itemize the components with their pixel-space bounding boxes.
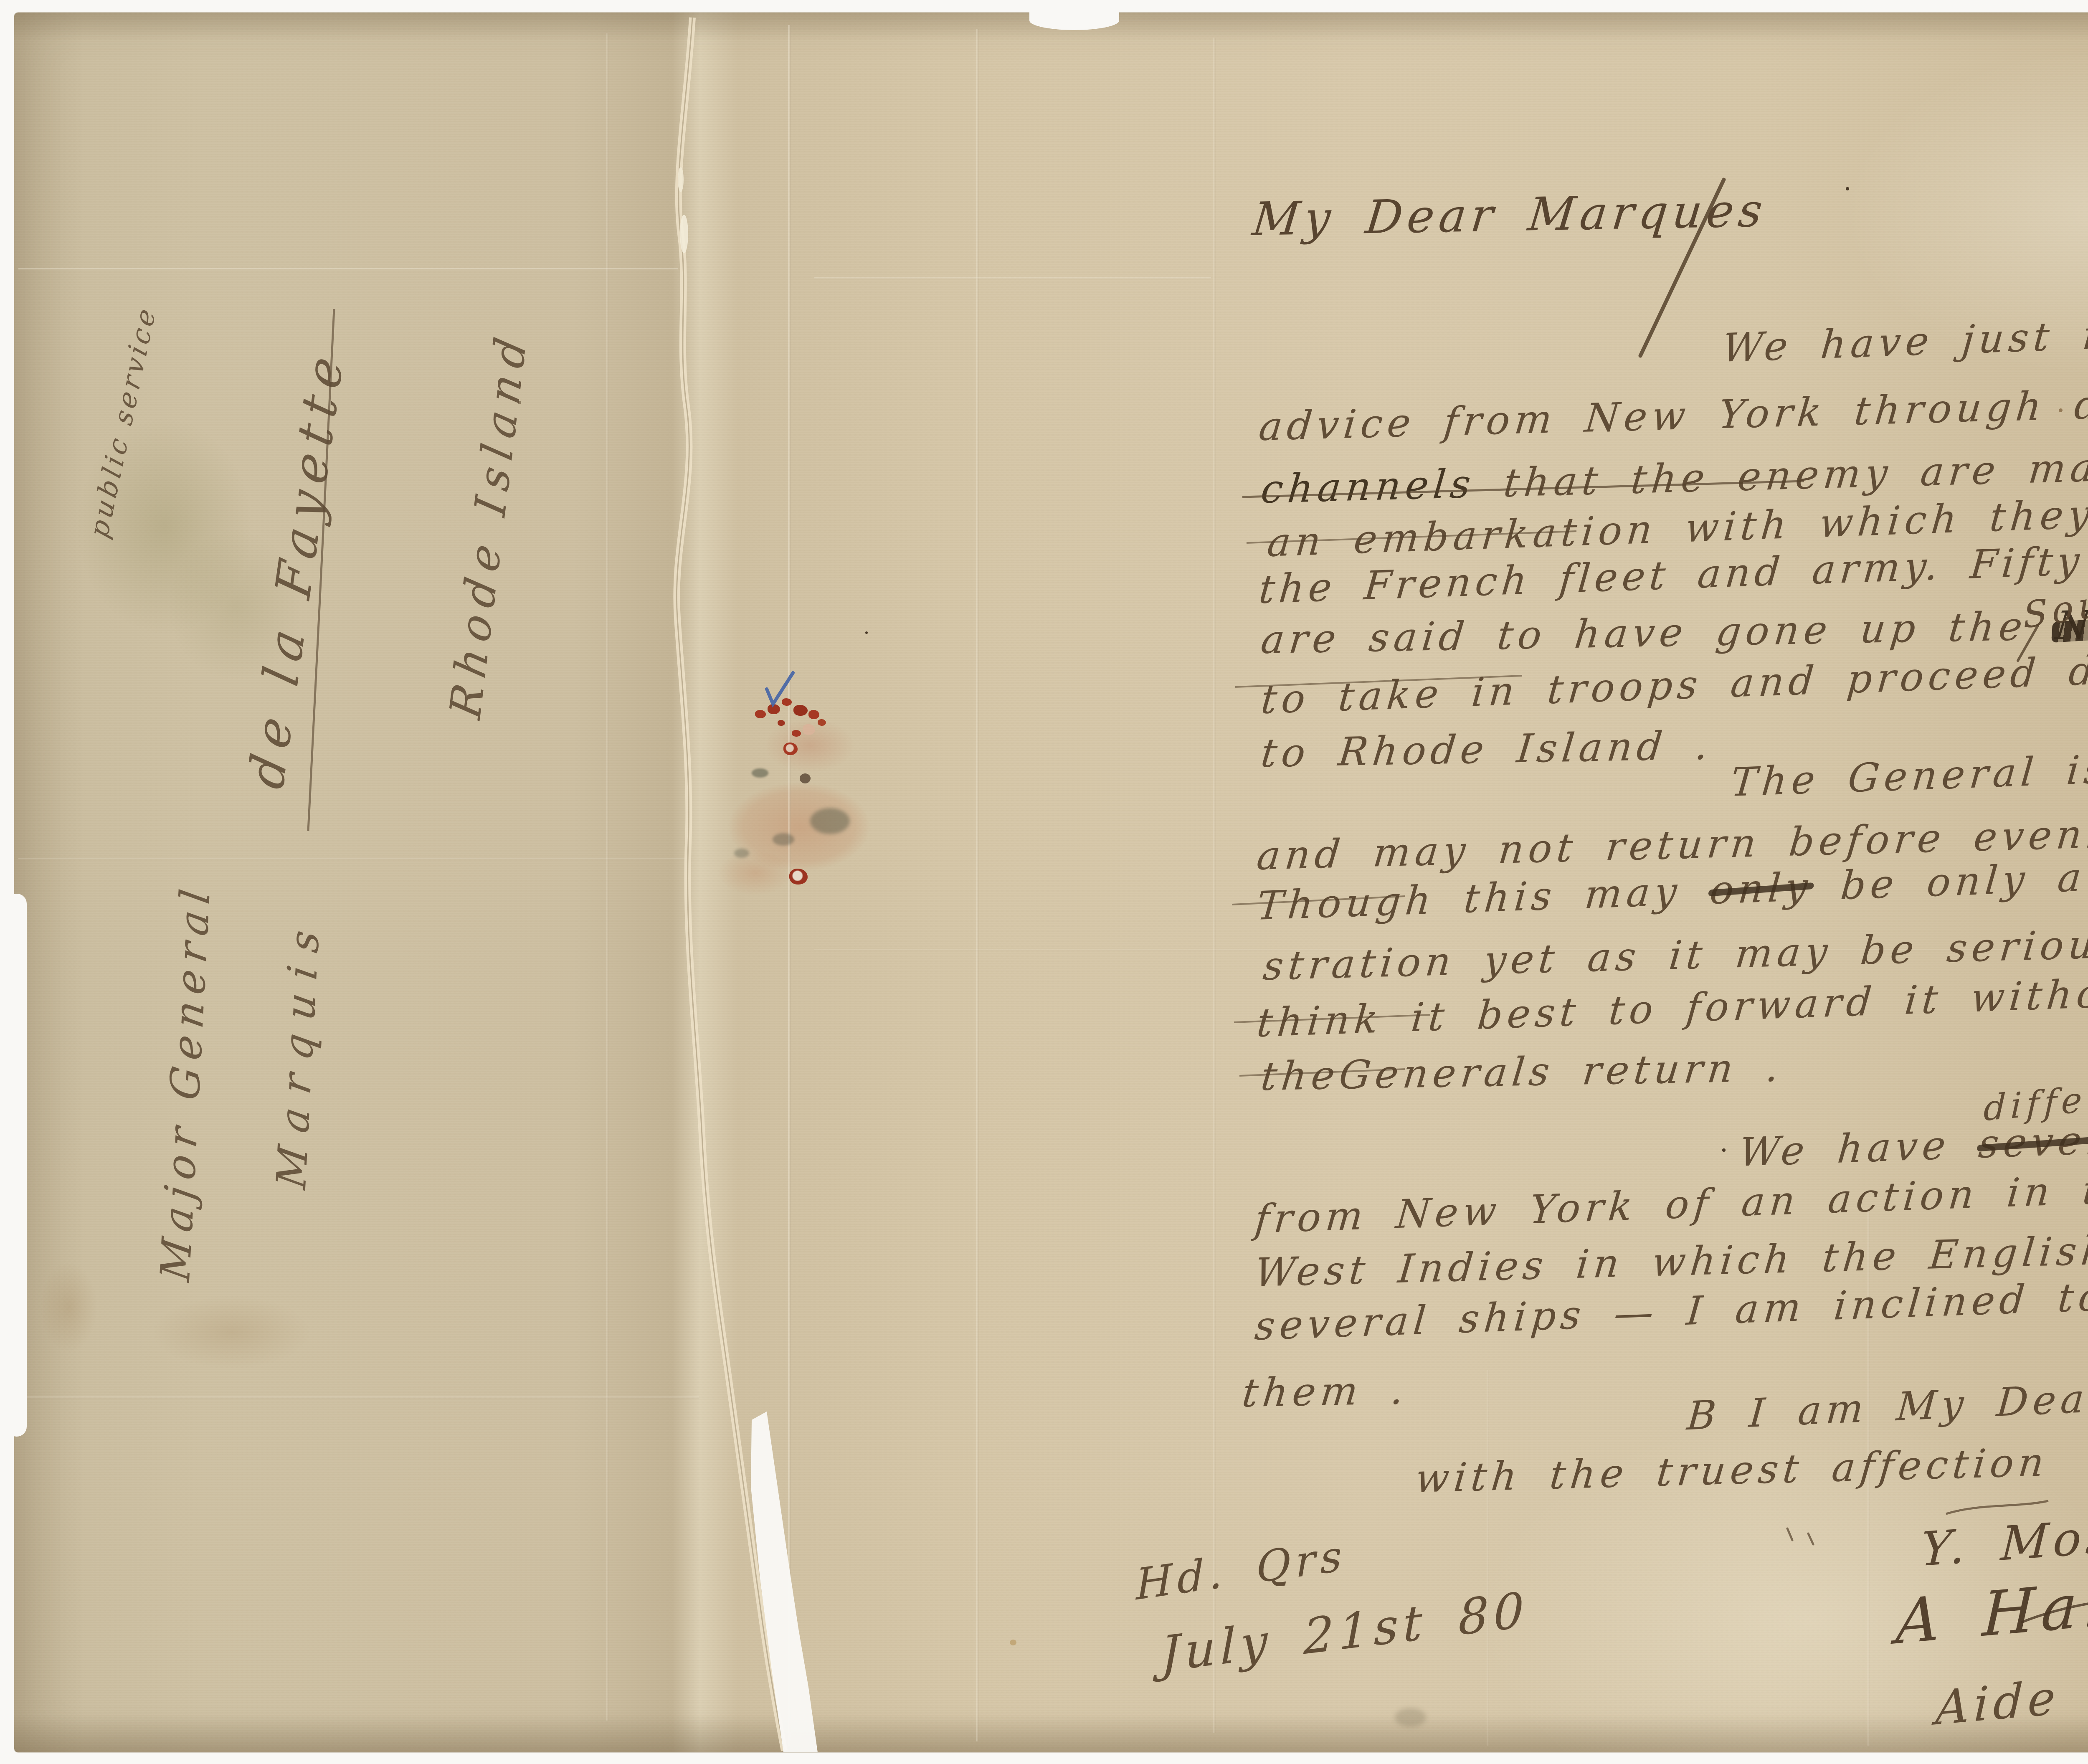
- wax-fragment: [792, 730, 801, 737]
- wax-fragment: [782, 698, 792, 706]
- fold-crease: [18, 268, 678, 270]
- fold-crease: [788, 25, 791, 1746]
- fold-crease: [976, 29, 979, 1741]
- foxing-spot: [1010, 1640, 1016, 1645]
- letter-line: to Rhode Island .: [1259, 726, 1715, 773]
- seal-stain-fleck: [810, 808, 850, 834]
- wax-fragment: [783, 743, 798, 755]
- struck-word: only: [1708, 864, 1814, 913]
- seal-stain-fleck: [734, 849, 749, 858]
- seal-stain-fleck: [773, 833, 794, 846]
- letter-salutation: My Dear Marques: [1250, 187, 1769, 242]
- wax-fragment: [755, 710, 766, 718]
- corrected-word: channels: [1259, 461, 1477, 512]
- ink-speck: [1846, 187, 1849, 190]
- ink-speck: [865, 631, 868, 634]
- wax-fragment: [768, 704, 780, 714]
- fold-crease: [18, 1396, 699, 1399]
- edge-chip: [1029, 11, 1119, 30]
- wax-fragment: [778, 720, 785, 726]
- wax-fragment: [793, 705, 808, 716]
- fold-crease: [1487, 1370, 1489, 1746]
- fold-crease: [1213, 38, 1216, 1733]
- struck-word: several: [1977, 1115, 2088, 1167]
- letter-text: We have: [1737, 1122, 1981, 1176]
- letter-line: theGenerals return .: [1259, 1048, 1785, 1097]
- fold-crease: [18, 858, 687, 860]
- wax-fragment: [789, 869, 808, 885]
- fold-crease: [814, 277, 1211, 279]
- ink-speck: [1722, 1148, 1726, 1152]
- fold-crease: [606, 33, 609, 1721]
- seal-stain-fleck: [752, 768, 768, 778]
- seal-stain-fleck: [800, 773, 811, 783]
- letter-line: them .: [1240, 1371, 1410, 1413]
- smudge: [1395, 1708, 1426, 1727]
- edge-chip: [7, 894, 27, 1437]
- wax-fragment: [818, 719, 826, 726]
- scanned-letter: public service de la Fayette Major Gener…: [0, 0, 2088, 1764]
- wax-fragment: [803, 724, 815, 735]
- wax-fragment: [808, 710, 819, 719]
